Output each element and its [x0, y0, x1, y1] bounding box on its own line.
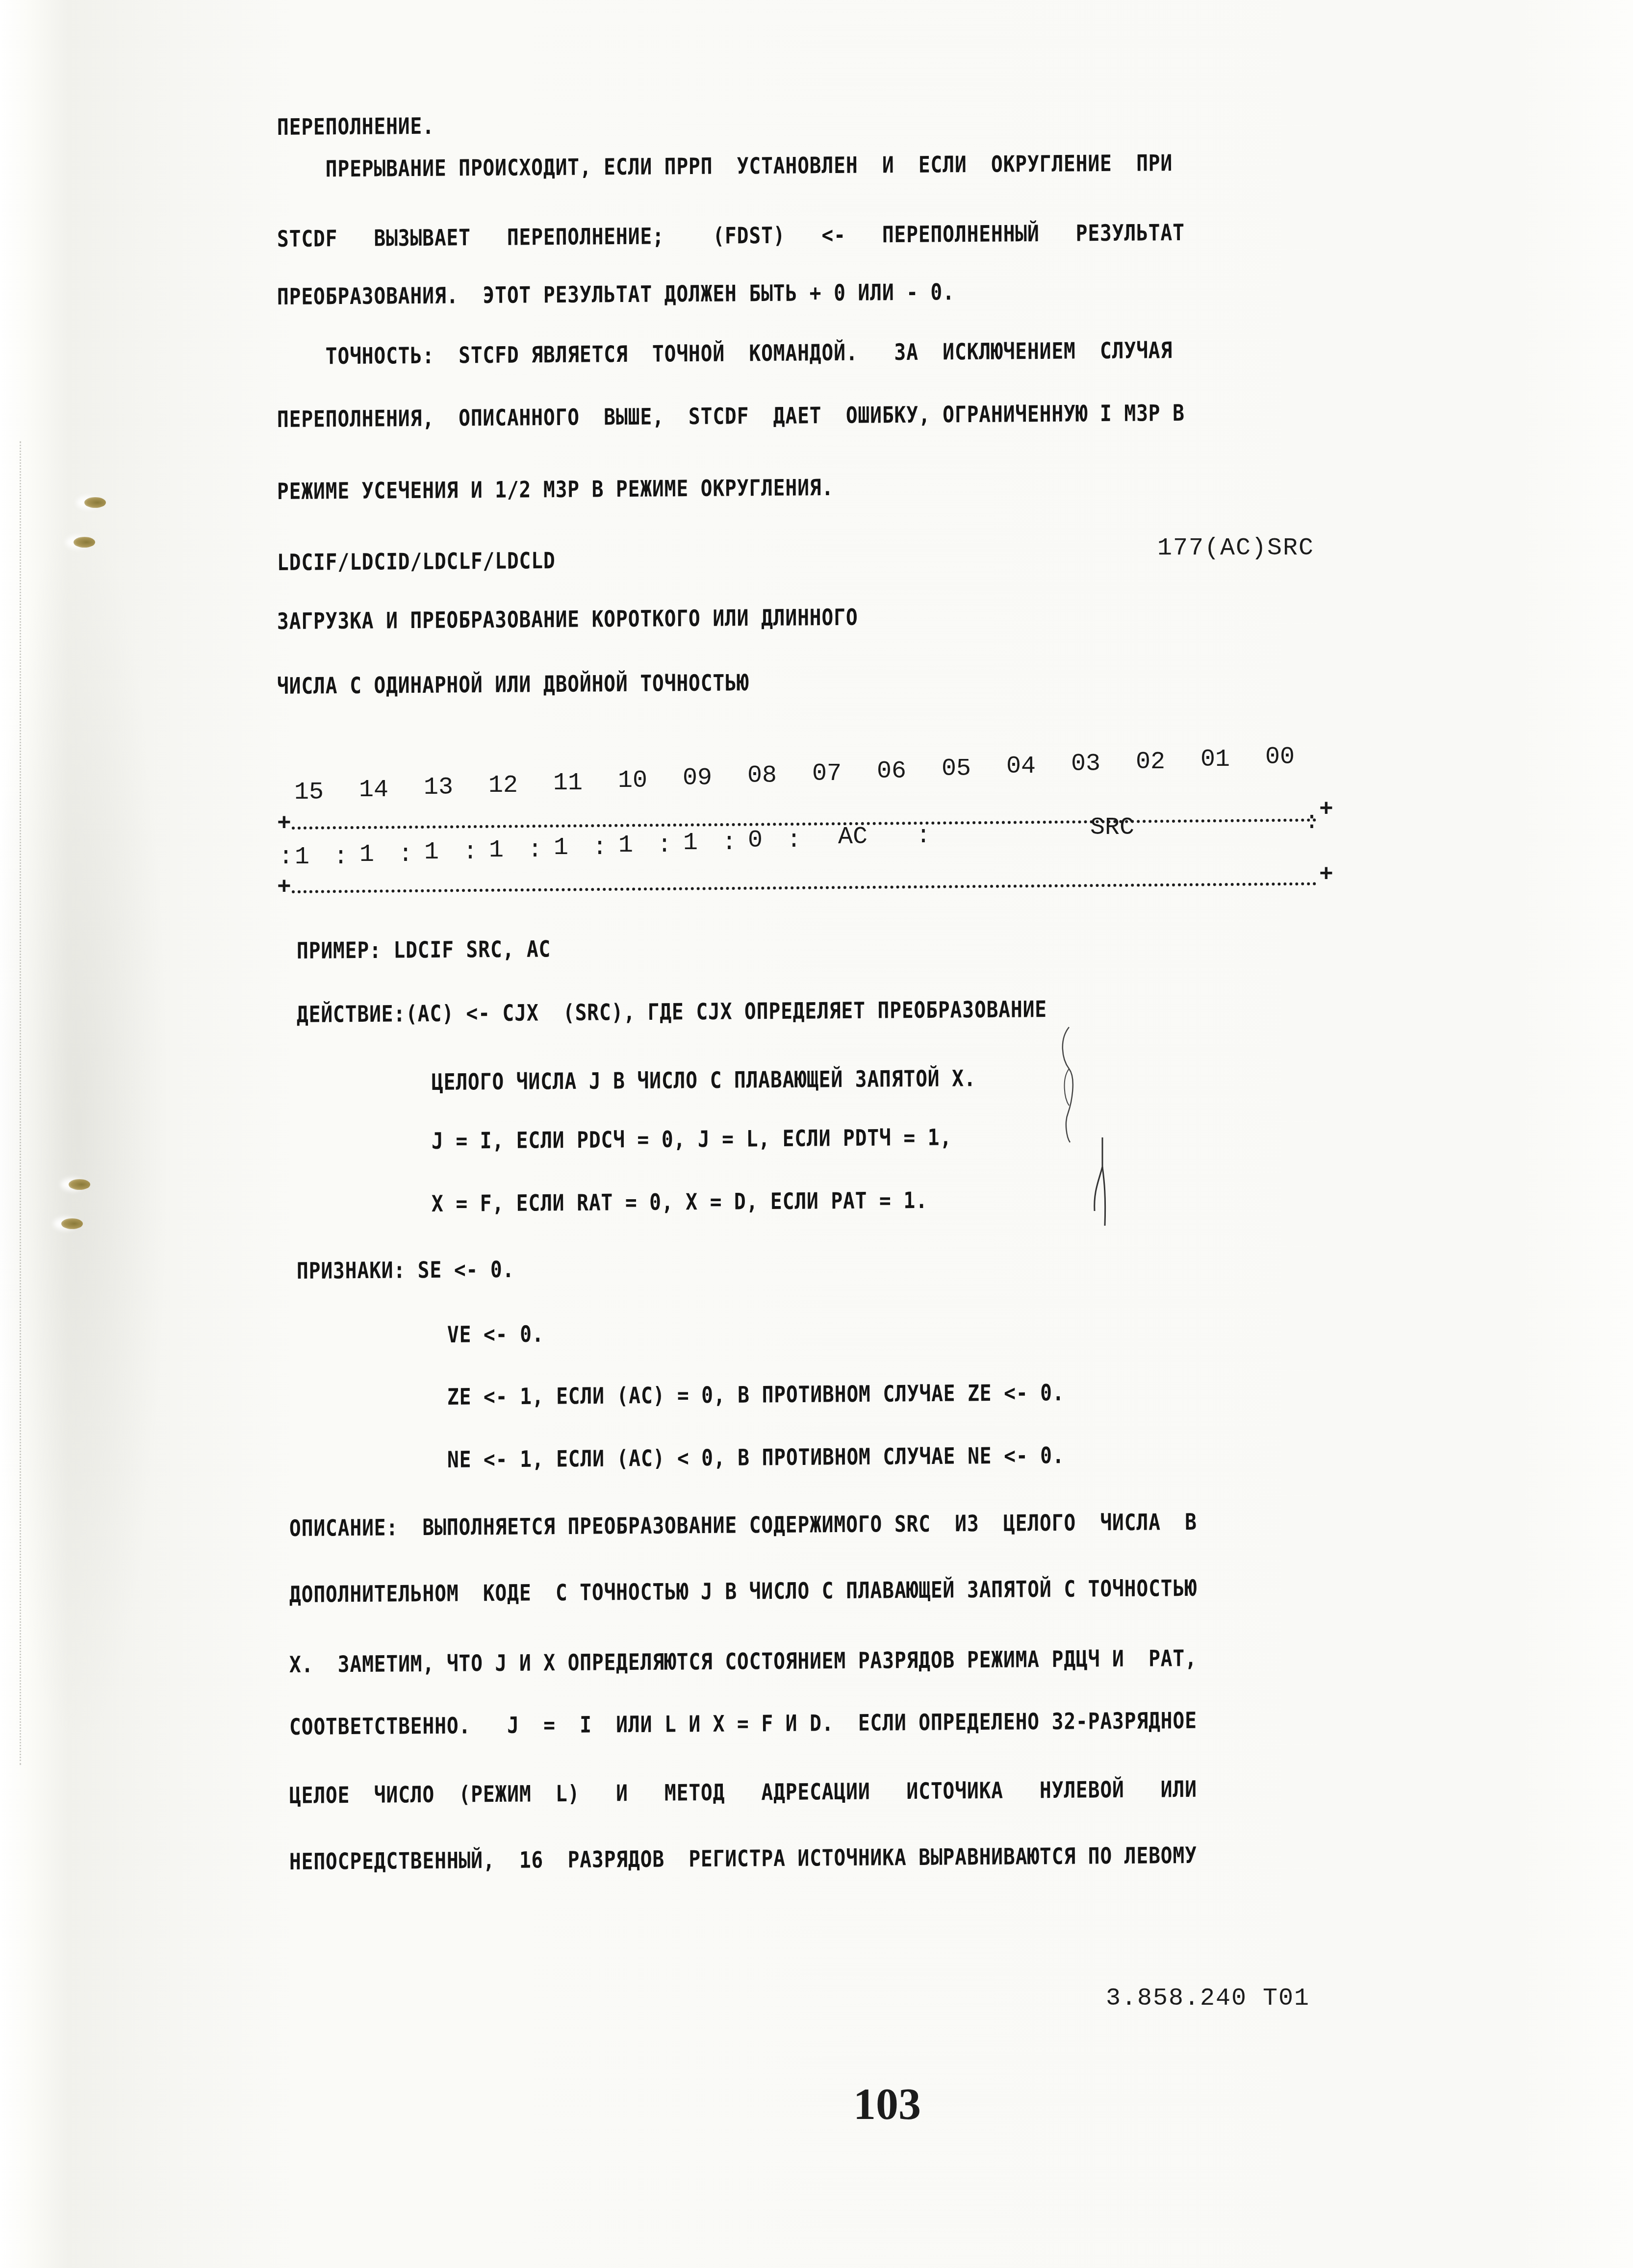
- instruction-opcode: 177(AC)SRC: [1157, 534, 1314, 562]
- paper-edge-shadow: [20, 441, 28, 1765]
- description-line: НЕПОСРЕДСТВЕННЫЙ, 16 РАЗРЯДОВ РЕГИСТРА И…: [289, 1842, 1197, 1875]
- description-line: X. ЗАМЕТИМ, ЧТО J И X ОПРЕДЕЛЯЮТСЯ СОСТО…: [289, 1645, 1197, 1678]
- description-line: СООТВЕТСТВЕННО. J = I ИЛИ L И X = F И D.…: [289, 1707, 1197, 1740]
- text-line: ПЕРЕПОЛНЕНИЕ.: [277, 113, 434, 140]
- text-line: ПРЕОБРАЗОВАНИЯ. ЭТОТ РЕЗУЛЬТАТ ДОЛЖЕН БЫ…: [277, 278, 955, 310]
- instruction-title: ЗАГРУЗКА И ПРЕОБРАЗОВАНИЕ КОРОТКОГО ИЛИ …: [277, 604, 858, 634]
- bit-field-1: 1: [683, 829, 698, 857]
- bit-field-0: 0: [748, 827, 763, 855]
- bit-number: 02: [1136, 748, 1165, 776]
- page-number: 103: [853, 2078, 921, 2130]
- field-separator: :: [528, 836, 542, 864]
- flag-line: NE <- 1, ЕСЛИ (AC) < 0, В ПРОТИВНОМ СЛУЧ…: [447, 1442, 1065, 1473]
- example-line: ПРИМЕР: LDCIF SRC, AC: [297, 935, 551, 964]
- action-line: X = F, ЕСЛИ RAT = 0, X = D, ЕСЛИ PAT = 1…: [432, 1187, 928, 1217]
- field-separator: :: [279, 843, 293, 871]
- diagram-top-rule: [292, 819, 1317, 830]
- instruction-mnemonics: LDCIF/LDCID/LDCLF/LDCLD: [277, 547, 556, 576]
- bit-field-1: 1: [295, 843, 309, 871]
- bit-number: 04: [1006, 753, 1036, 781]
- bit-number: 01: [1200, 746, 1230, 774]
- pencil-mark: [1049, 1025, 1089, 1172]
- field-separator: :: [398, 841, 413, 869]
- bit-number: 15: [294, 779, 324, 806]
- corner-plus: +: [277, 875, 291, 901]
- text-line: ПЕРЕПОЛНЕНИЯ, ОПИСАННОГО ВЫШЕ, STCDF ДАЕ…: [277, 400, 1185, 432]
- flag-line: VE <- 0.: [447, 1321, 544, 1348]
- scanned-page: ПЕРЕПОЛНЕНИЕ. ПРЕРЫВАНИЕ ПРОИСХОДИТ, ЕСЛ…: [0, 0, 1633, 2268]
- bit-number: 03: [1071, 750, 1100, 778]
- bit-number: 06: [877, 757, 906, 785]
- binding-hole: [61, 1218, 83, 1229]
- binding-hole: [69, 1179, 90, 1190]
- binding-hole: [84, 497, 106, 508]
- bit-number: 13: [424, 774, 453, 802]
- field-separator: :: [333, 843, 348, 871]
- text-line: STCDF ВЫЗЫВАЕТ ПЕРЕПОЛНЕНИЕ; (FDST) <- П…: [277, 219, 1185, 252]
- bit-field-1: 1: [359, 841, 374, 869]
- bit-number: 12: [488, 772, 518, 800]
- field-separator: :: [722, 829, 737, 857]
- bit-number: 14: [359, 776, 388, 804]
- bit-number: 05: [942, 755, 971, 783]
- pencil-mark: [1084, 1137, 1113, 1231]
- text-line: РЕЖИМЕ УСЕЧЕНИЯ И 1/2 МЗР В РЕЖИМЕ ОКРУГ…: [277, 474, 834, 504]
- field-separator: :: [787, 827, 801, 855]
- action-line: ДЕЙСТВИЕ:(AC) <- CJX (SRC), ГДЕ CJX ОПРЕ…: [297, 996, 1047, 1028]
- flags-label: ПРИЗНАКИ: SE <- 0.: [297, 1256, 514, 1284]
- bit-field-ac: AC: [838, 823, 868, 851]
- text-line: ТОЧНОСТЬ: STCFD ЯВЛЯЕТСЯ ТОЧНОЙ КОМАНДОЙ…: [277, 337, 1173, 370]
- bit-field-1: 1: [554, 834, 568, 862]
- field-separator: :: [657, 832, 672, 859]
- corner-plus: +: [277, 811, 291, 837]
- description-line: ОПИСАНИЕ: ВЫПОЛНЯЕТСЯ ПРЕОБРАЗОВАНИЕ СОД…: [289, 1509, 1197, 1541]
- field-separator: :: [463, 838, 478, 866]
- document-code: 3.858.240 Т01: [1106, 1985, 1310, 2013]
- bit-field-1: 1: [424, 838, 439, 866]
- bit-number: 11: [553, 769, 583, 797]
- bit-number: 07: [812, 760, 842, 788]
- field-separator: :: [916, 822, 931, 850]
- bit-number: 10: [618, 767, 647, 795]
- instruction-title: ЧИСЛА С ОДИНАРНОЙ ИЛИ ДВОЙНОЙ ТОЧНОСТЬЮ: [277, 669, 749, 699]
- corner-plus: +: [1319, 797, 1333, 823]
- bit-field-1: 1: [618, 832, 633, 859]
- field-separator: :: [1304, 808, 1319, 836]
- bit-number: 00: [1265, 743, 1295, 771]
- flag-line: ZE <- 1, ЕСЛИ (AC) = 0, В ПРОТИВНОМ СЛУЧ…: [447, 1379, 1065, 1410]
- action-line: ЦЕЛОГО ЧИСЛА J В ЧИСЛО С ПЛАВАЮЩЕЙ ЗАПЯТ…: [432, 1065, 976, 1095]
- bit-field-src: SRC: [1090, 814, 1134, 842]
- text-line: ПРЕРЫВАНИЕ ПРОИСХОДИТ, ЕСЛИ ПРРП УСТАНОВ…: [277, 150, 1173, 182]
- bit-number: 08: [747, 762, 777, 790]
- description-line: ЦЕЛОЕ ЧИСЛО (РЕЖИМ L) И МЕТОД АДРЕСАЦИИ …: [289, 1776, 1197, 1809]
- action-line: J = I, ЕСЛИ PDCЧ = 0, J = L, ЕСЛИ PDTЧ =…: [432, 1124, 952, 1154]
- corner-plus: +: [1319, 862, 1333, 888]
- field-separator: :: [592, 834, 607, 862]
- description-line: ДОПОЛНИТЕЛЬНОМ КОДЕ С ТОЧНОСТЬЮ J В ЧИСЛ…: [289, 1575, 1197, 1608]
- bit-number: 09: [683, 764, 712, 792]
- binding-hole: [74, 537, 95, 548]
- bit-field-1: 1: [489, 836, 504, 864]
- diagram-bottom-rule: [292, 882, 1317, 893]
